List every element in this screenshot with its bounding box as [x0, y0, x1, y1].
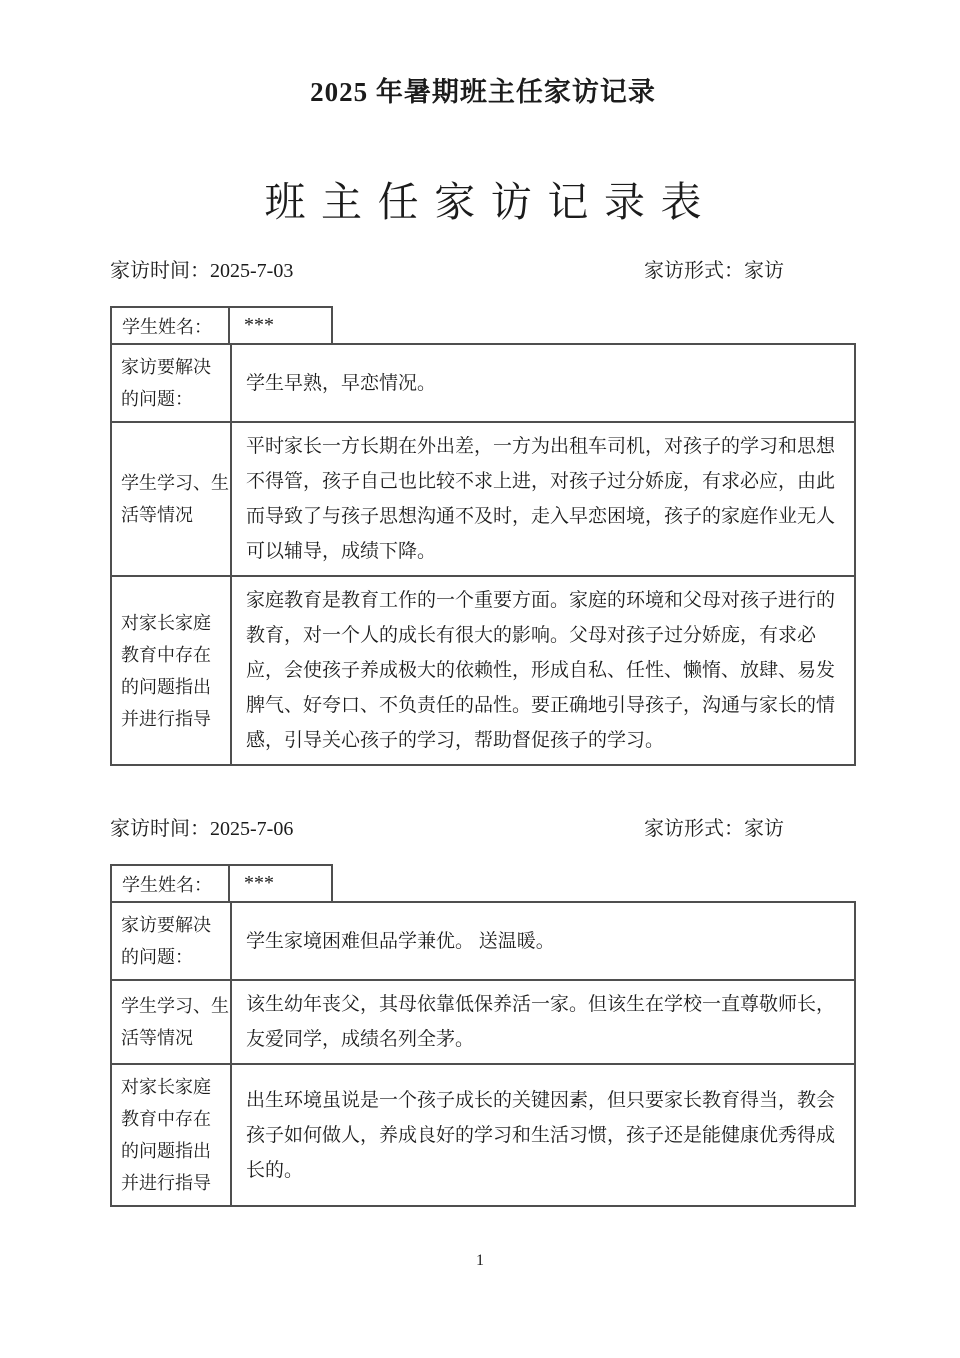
- page-number: 1: [0, 1252, 960, 1270]
- visit-time-value: 2025-7-03: [210, 260, 293, 283]
- student-name-row: 学生姓名： ***: [110, 306, 333, 343]
- situation-label: 学生学习、生 活等情况: [112, 423, 232, 575]
- student-name-row: 学生姓名： ***: [110, 864, 333, 901]
- situation-label: 学生学习、生 活等情况: [112, 981, 232, 1063]
- guidance-value: 出生环境虽说是一个孩子成长的关键因素，但只要家长教育得当，教会孩子如何做人，养成…: [232, 1065, 854, 1205]
- visit-time-label: 家访时间：: [110, 812, 210, 841]
- record-table-1: 学生姓名： *** 家访要解决 的问题： 学生早熟，早恋情况。 学生学习、生 活…: [110, 306, 856, 766]
- problem-value: 学生早熟，早恋情况。: [232, 345, 854, 421]
- document-page: 2025 年暑期班主任家访记录 班主任家访记录表 家访时间：2025-7-03 …: [0, 0, 960, 1358]
- record-table-body: 家访要解决 的问题： 学生家境困难但品学兼优。 送温暖。 学生学习、生 活等情况…: [110, 901, 856, 1207]
- problem-value: 学生家境困难但品学兼优。 送温暖。: [232, 903, 854, 979]
- situation-row: 学生学习、生 活等情况 该生幼年丧父，其母依靠低保养活一家。但该生在学校一直尊敬…: [112, 979, 854, 1063]
- header-title: 2025 年暑期班主任家访记录: [110, 0, 856, 109]
- student-name-value: ***: [230, 866, 331, 901]
- problem-label: 家访要解决 的问题：: [112, 903, 232, 979]
- record-table-body: 家访要解决 的问题： 学生早熟，早恋情况。 学生学习、生 活等情况 平时家长一方…: [110, 343, 856, 766]
- visit-meta-1: 家访时间：2025-7-03 家访形式：家访: [110, 254, 856, 283]
- problem-row: 家访要解决 的问题： 学生早熟，早恋情况。: [112, 345, 854, 421]
- situation-value: 该生幼年丧父，其母依靠低保养活一家。但该生在学校一直尊敬师长，友爱同学，成绩名列…: [232, 981, 854, 1063]
- situation-row: 学生学习、生 活等情况 平时家长一方长期在外出差，一方为出租车司机，对孩子的学习…: [112, 421, 854, 575]
- visit-form-value: 家访: [744, 818, 784, 840]
- visit-time-label: 家访时间：: [110, 254, 210, 283]
- student-name-value: ***: [230, 308, 331, 343]
- problem-label: 家访要解决 的问题：: [112, 345, 232, 421]
- main-title: 班主任家访记录表: [110, 169, 856, 228]
- guidance-label: 对家长家庭 教育中存在 的问题指出 并进行指导: [112, 1065, 232, 1205]
- guidance-label: 对家长家庭 教育中存在 的问题指出 并进行指导: [112, 577, 232, 764]
- guidance-value: 家庭教育是教育工作的一个重要方面。家庭的环境和父母对孩子进行的教育，对一个人的成…: [232, 577, 854, 764]
- student-name-label: 学生姓名：: [112, 308, 230, 343]
- record-table-2: 学生姓名： *** 家访要解决 的问题： 学生家境困难但品学兼优。 送温暖。 学…: [110, 864, 856, 1207]
- student-name-label: 学生姓名：: [112, 866, 230, 901]
- visit-time-value: 2025-7-06: [210, 818, 293, 841]
- problem-row: 家访要解决 的问题： 学生家境困难但品学兼优。 送温暖。: [112, 903, 854, 979]
- guidance-row: 对家长家庭 教育中存在 的问题指出 并进行指导 家庭教育是教育工作的一个重要方面…: [112, 575, 854, 764]
- visit-form-label: 家访形式：: [644, 818, 744, 840]
- visit-form-value: 家访: [744, 260, 784, 282]
- visit-form-label: 家访形式：: [644, 260, 744, 282]
- situation-value: 平时家长一方长期在外出差，一方为出租车司机，对孩子的学习和思想不得管，孩子自己也…: [232, 423, 854, 575]
- visit-meta-2: 家访时间：2025-7-06 家访形式：家访: [110, 812, 856, 841]
- guidance-row: 对家长家庭 教育中存在 的问题指出 并进行指导 出生环境虽说是一个孩子成长的关键…: [112, 1063, 854, 1205]
